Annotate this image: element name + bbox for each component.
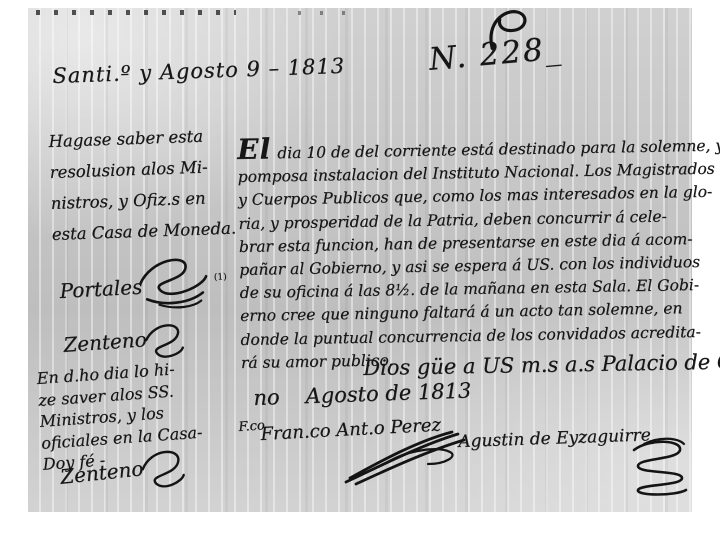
signature-portales-name: Portales xyxy=(59,275,143,303)
dateline: Santi.º y Agosto 9 – 1813 xyxy=(52,54,345,88)
rubric-flourish-icon xyxy=(137,443,189,492)
closing-date: Agosto de 1813 xyxy=(305,378,472,408)
margin-note-line: esta Casa de Moneda. xyxy=(51,212,262,250)
scan-artifact-marks xyxy=(298,11,358,15)
rubric-flourish-icon xyxy=(626,436,692,498)
body-initial: El xyxy=(237,132,278,166)
rubric-flourish-icon xyxy=(328,428,478,486)
signature-zenteno-name: Zenteno xyxy=(62,327,147,357)
document-scan: N. 228_ Santi.º y Agosto 9 – 1813 Hagase… xyxy=(28,8,692,512)
body-text: Eldia 10 de del corriente está destinado… xyxy=(237,130,697,375)
document-number-text: N. 228_ xyxy=(427,30,563,78)
signature-portales: Portales (1) xyxy=(58,251,228,316)
margin-note: Hagase saber esta resolusion alos Mi- ni… xyxy=(48,119,262,250)
rubric-flourish-icon xyxy=(135,252,216,312)
signature-eyzaguirre: Agustin de Eyzaguirre xyxy=(458,425,651,452)
rubric-flourish-icon xyxy=(141,317,188,360)
signature-zenteno-clerk-name: Zenteno xyxy=(59,456,144,489)
closing-no: no xyxy=(253,385,280,410)
document-number: N. 228_ xyxy=(426,14,562,62)
footnote-mark: (1) xyxy=(214,272,227,283)
scan-artifact-marks xyxy=(36,10,236,15)
scanned-document-page: N. 228_ Santi.º y Agosto 9 – 1813 Hagase… xyxy=(0,0,720,540)
closing-line-2: noAgosto de 1813 xyxy=(253,378,472,410)
